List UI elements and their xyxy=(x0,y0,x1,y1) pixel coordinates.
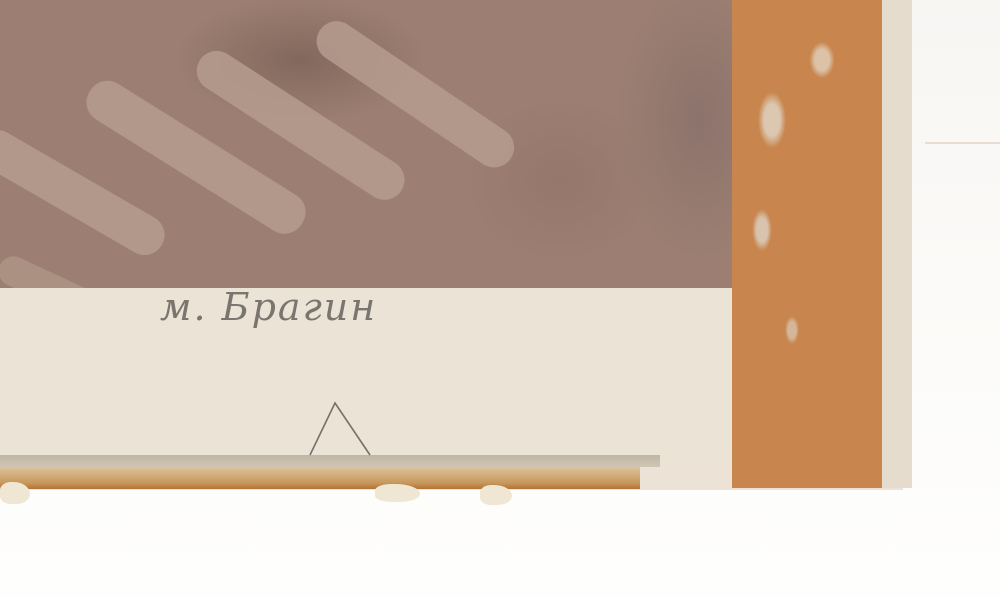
torn-paper-tuft xyxy=(480,485,512,505)
torn-paper-tuft xyxy=(0,482,30,504)
torn-paper-tuft xyxy=(375,484,420,502)
painted-area xyxy=(0,0,760,288)
artist-signature: м. Брагин xyxy=(160,285,377,329)
board-pencil-line xyxy=(925,142,1000,144)
pencil-caret-mark xyxy=(300,395,395,460)
hinge-tape xyxy=(732,0,882,488)
rust-stain-edge xyxy=(0,467,640,489)
sheet-right-edge xyxy=(882,0,912,488)
